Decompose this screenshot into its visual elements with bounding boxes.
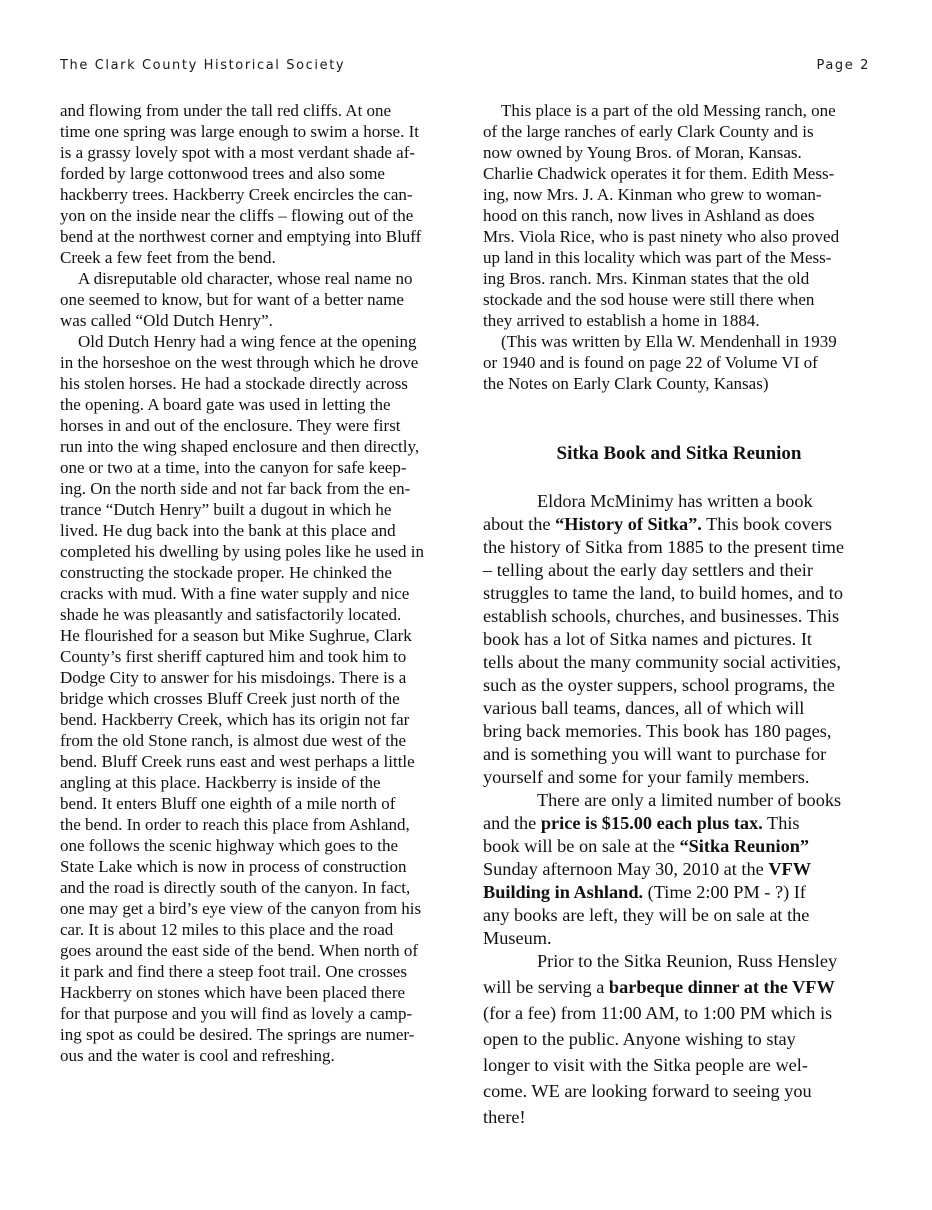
text-line: Sunday afternoon May 30, 2010 at the VFW: [483, 858, 883, 881]
source-citation-line: (This was written by Ella W. Mendenhall …: [483, 331, 883, 352]
text-line: angling at this place. Hackberry is insi…: [60, 772, 460, 793]
text-line: such as the oyster suppers, school progr…: [483, 674, 883, 697]
publication-name: The Clark County Historical Society: [60, 58, 345, 73]
text-line: bend at the northwest corner and emptyin…: [60, 226, 460, 247]
text-line: the opening. A board gate was used in le…: [60, 394, 460, 415]
text-line: and the road is directly south of the ca…: [60, 877, 460, 898]
text-span: Sunday afternoon May 30, 2010 at the: [483, 859, 768, 879]
text-line: one follows the scenic highway which goe…: [60, 835, 460, 856]
text-line: Dodge City to answer for his misdoings. …: [60, 667, 460, 688]
text-line: time one spring was large enough to swim…: [60, 121, 460, 142]
text-line: struggles to tame the land, to build hom…: [483, 582, 883, 605]
text-line: any books are left, they will be on sale…: [483, 904, 883, 927]
text-line: is a grassy lovely spot with a most verd…: [60, 142, 460, 163]
text-line: up land in this locality which was part …: [483, 247, 883, 268]
text-line: of the large ranches of early Clark Coun…: [483, 121, 883, 142]
text-line: This place is a part of the old Messing …: [483, 100, 883, 121]
price-emphasis: price is $15.00 each plus tax.: [541, 813, 763, 833]
text-line: County’s first sheriff captured him and …: [60, 646, 460, 667]
text-line: one seemed to know, but for want of a be…: [60, 289, 460, 310]
event-name-emphasis: “Sitka Reunion”: [679, 836, 809, 856]
text-line: they arrived to establish a home in 1884…: [483, 310, 883, 331]
text-line: in the horseshoe on the west through whi…: [60, 352, 460, 373]
text-line: tells about the many community social ac…: [483, 651, 883, 674]
text-line: his stolen horses. He had a stockade dir…: [60, 373, 460, 394]
text-line: ing. On the north side and not far back …: [60, 478, 460, 499]
text-line: from the old Stone ranch, is almost due …: [60, 730, 460, 751]
sitka-article-body: Eldora McMinimy has written a book about…: [483, 490, 883, 1132]
text-line: trance “Dutch Henry” built a dugout in w…: [60, 499, 460, 520]
dinner-emphasis: barbeque dinner at the VFW: [609, 977, 835, 997]
text-line: bend. Hackberry Creek, which has its ori…: [60, 709, 460, 730]
text-line: the history of Sitka from 1885 to the pr…: [483, 536, 883, 559]
text-span: and the: [483, 813, 541, 833]
text-line: bend. It enters Bluff one eighth of a mi…: [60, 793, 460, 814]
text-line: lived. He dug back into the bank at this…: [60, 520, 460, 541]
text-line: There are only a limited number of books: [483, 789, 883, 812]
text-line: bring back memories. This book has 180 p…: [483, 720, 883, 743]
page-number: Page 2: [817, 58, 870, 73]
text-span: (Time 2:00 PM - ?) If: [643, 882, 806, 902]
text-line: ing spot as could be desired. The spring…: [60, 1024, 460, 1045]
text-line: will be serving a barbeque dinner at the…: [483, 976, 883, 1002]
text-line: Building in Ashland. (Time 2:00 PM - ?) …: [483, 881, 883, 904]
text-line: Creek a few feet from the bend.: [60, 247, 460, 268]
text-line: State Lake which is now in process of co…: [60, 856, 460, 877]
text-line: establish schools, churches, and busines…: [483, 605, 883, 628]
text-line: Hackberry on stones which have been plac…: [60, 982, 460, 1003]
text-line: yon on the inside near the cliffs – flow…: [60, 205, 460, 226]
text-line: book will be on sale at the “Sitka Reuni…: [483, 835, 883, 858]
text-line: there!: [483, 1106, 883, 1132]
text-line: yourself and some for your family member…: [483, 766, 883, 789]
text-line: book has a lot of Sitka names and pictur…: [483, 628, 883, 651]
text-line: stockade and the sod house were still th…: [483, 289, 883, 310]
text-line: longer to visit with the Sitka people ar…: [483, 1054, 883, 1080]
text-line: constructing the stockade proper. He chi…: [60, 562, 460, 583]
venue-emphasis: VFW: [768, 859, 811, 879]
text-line: was called “Old Dutch Henry”.: [60, 310, 460, 331]
source-citation-line: the Notes on Early Clark County, Kansas): [483, 373, 883, 394]
text-line: various ball teams, dances, all of which…: [483, 697, 883, 720]
text-line: A disreputable old character, whose real…: [60, 268, 460, 289]
text-line: ing Bros. ranch. Mrs. Kinman states that…: [483, 268, 883, 289]
text-line: completed his dwelling by using poles li…: [60, 541, 460, 562]
text-line: Prior to the Sitka Reunion, Russ Hensley: [483, 950, 883, 976]
text-line: cracks with mud. With a fine water suppl…: [60, 583, 460, 604]
text-line: run into the wing shaped enclosure and t…: [60, 436, 460, 457]
venue-emphasis: Building in Ashland.: [483, 882, 643, 902]
text-span: about the: [483, 514, 555, 534]
text-line: and flowing from under the tall red clif…: [60, 100, 460, 121]
text-line: – telling about the early day settlers a…: [483, 559, 883, 582]
text-line: now owned by Young Bros. of Moran, Kansa…: [483, 142, 883, 163]
book-title-emphasis: “History of Sitka”.: [555, 514, 702, 534]
text-line: Mrs. Viola Rice, who is past ninety who …: [483, 226, 883, 247]
left-column-article: and flowing from under the tall red clif…: [60, 100, 460, 1066]
source-citation-line: or 1940 and is found on page 22 of Volum…: [483, 352, 883, 373]
text-line: ing, now Mrs. J. A. Kinman who grew to w…: [483, 184, 883, 205]
text-line: Old Dutch Henry had a wing fence at the …: [60, 331, 460, 352]
text-line: horses in and out of the enclosure. They…: [60, 415, 460, 436]
text-line: come. WE are looking forward to seeing y…: [483, 1080, 883, 1106]
right-column-article-continuation: This place is a part of the old Messing …: [483, 100, 883, 394]
text-line: the bend. In order to reach this place f…: [60, 814, 460, 835]
text-line: and the price is $15.00 each plus tax. T…: [483, 812, 883, 835]
text-line: about the “History of Sitka”. This book …: [483, 513, 883, 536]
text-span: book will be on sale at the: [483, 836, 679, 856]
text-line: hackberry trees. Hackberry Creek encircl…: [60, 184, 460, 205]
text-span: will be serving a: [483, 977, 609, 997]
text-line: it park and find there a steep foot trai…: [60, 961, 460, 982]
text-line: shade he was pleasantly and satisfactori…: [60, 604, 460, 625]
text-line: car. It is about 12 miles to this place …: [60, 919, 460, 940]
text-span: This book covers: [702, 514, 832, 534]
text-line: open to the public. Anyone wishing to st…: [483, 1028, 883, 1054]
text-line: goes around the east side of the bend. W…: [60, 940, 460, 961]
text-line: for that purpose and you will find as lo…: [60, 1003, 460, 1024]
text-line: bridge which crosses Bluff Creek just no…: [60, 688, 460, 709]
text-span: This: [763, 813, 800, 833]
text-line: and is something you will want to purcha…: [483, 743, 883, 766]
text-line: one may get a bird’s eye view of the can…: [60, 898, 460, 919]
text-line: hood on this ranch, now lives in Ashland…: [483, 205, 883, 226]
text-line: ous and the water is cool and refreshing…: [60, 1045, 460, 1066]
text-line: Museum.: [483, 927, 883, 950]
text-line: He flourished for a season but Mike Sugh…: [60, 625, 460, 646]
text-line: bend. Bluff Creek runs east and west per…: [60, 751, 460, 772]
text-line: one or two at a time, into the canyon fo…: [60, 457, 460, 478]
text-line: forded by large cottonwood trees and als…: [60, 163, 460, 184]
text-line: Eldora McMinimy has written a book: [483, 490, 883, 513]
text-line: Charlie Chadwick operates it for them. E…: [483, 163, 883, 184]
text-line: (for a fee) from 11:00 AM, to 1:00 PM wh…: [483, 1002, 883, 1028]
article-title: Sitka Book and Sitka Reunion: [483, 443, 875, 465]
